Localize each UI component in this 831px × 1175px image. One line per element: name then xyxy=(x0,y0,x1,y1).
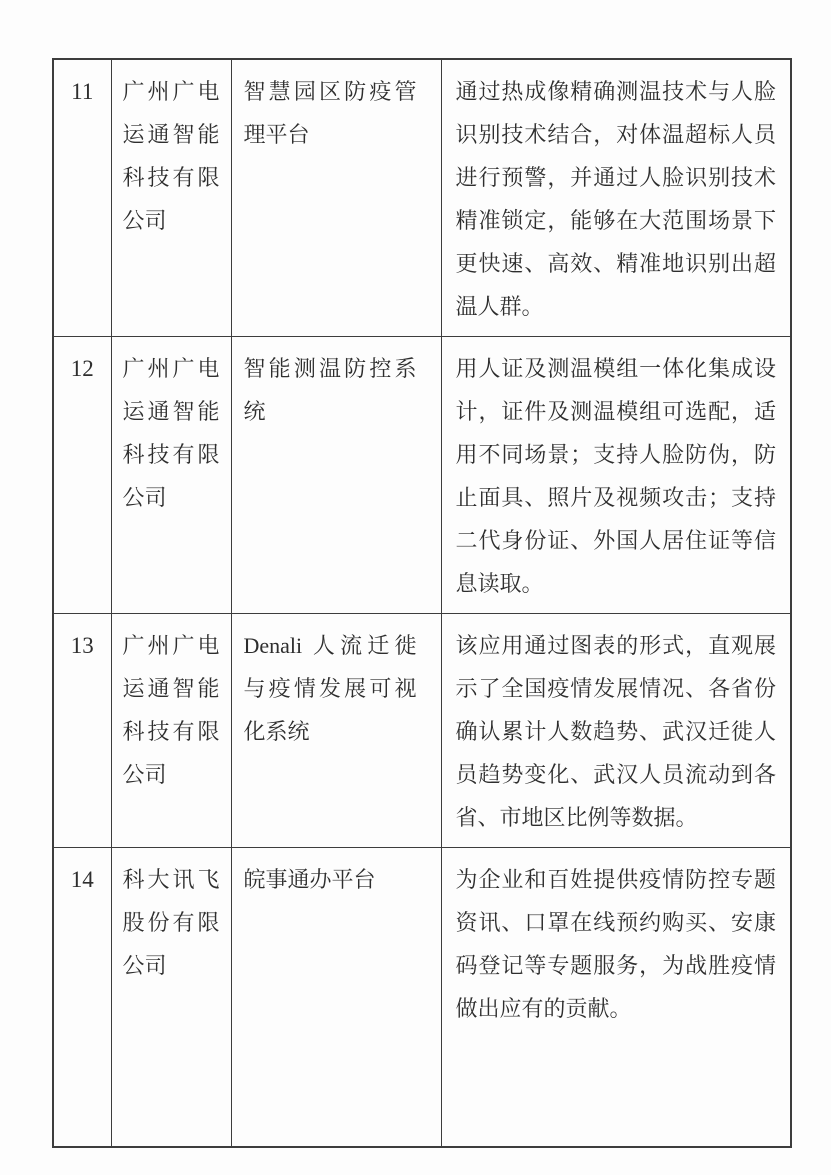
product-name: 智慧园区防疫管理平台 xyxy=(231,59,441,337)
company-name: 广州广电运通智能科技有限公司 xyxy=(111,59,231,337)
serial-number: 11 xyxy=(53,59,111,337)
table-row: 11 广州广电运通智能科技有限公司 智慧园区防疫管理平台 通过热成像精确测温技术… xyxy=(53,59,791,337)
product-name: Denali 人流迁徙与疫情发展可视化系统 xyxy=(231,614,441,848)
company-name: 广州广电运通智能科技有限公司 xyxy=(111,614,231,848)
table-row: 13 广州广电运通智能科技有限公司 Denali 人流迁徙与疫情发展可视化系统 … xyxy=(53,614,791,848)
table-row: 14 科大讯飞股份有限公司 皖事通办平台 为企业和百姓提供疫情防控专题资讯、口罩… xyxy=(53,848,791,1147)
product-name: 智能测温防控系统 xyxy=(231,337,441,614)
product-description: 通过热成像精确测温技术与人脸识别技术结合，对体温超标人员进行预警，并通过人脸识别… xyxy=(441,59,791,337)
product-description: 该应用通过图表的形式，直观展示了全国疫情发展情况、各省份确认累计人数趋势、武汉迁… xyxy=(441,614,791,848)
serial-number: 12 xyxy=(53,337,111,614)
table-row: 12 广州广电运通智能科技有限公司 智能测温防控系统 用人证及测温模组一体化集成… xyxy=(53,337,791,614)
product-description: 为企业和百姓提供疫情防控专题资讯、口罩在线预约购买、安康码登记等专题服务，为战胜… xyxy=(441,848,791,1147)
serial-number: 13 xyxy=(53,614,111,848)
company-name: 科大讯飞股份有限公司 xyxy=(111,848,231,1147)
serial-number: 14 xyxy=(53,848,111,1147)
product-list-table: 11 广州广电运通智能科技有限公司 智慧园区防疫管理平台 通过热成像精确测温技术… xyxy=(52,58,792,1148)
product-name: 皖事通办平台 xyxy=(231,848,441,1147)
scanned-document-page: 11 广州广电运通智能科技有限公司 智慧园区防疫管理平台 通过热成像精确测温技术… xyxy=(0,0,831,1175)
company-name: 广州广电运通智能科技有限公司 xyxy=(111,337,231,614)
product-description: 用人证及测温模组一体化集成设计，证件及测温模组可选配，适用不同场景；支持人脸防伪… xyxy=(441,337,791,614)
